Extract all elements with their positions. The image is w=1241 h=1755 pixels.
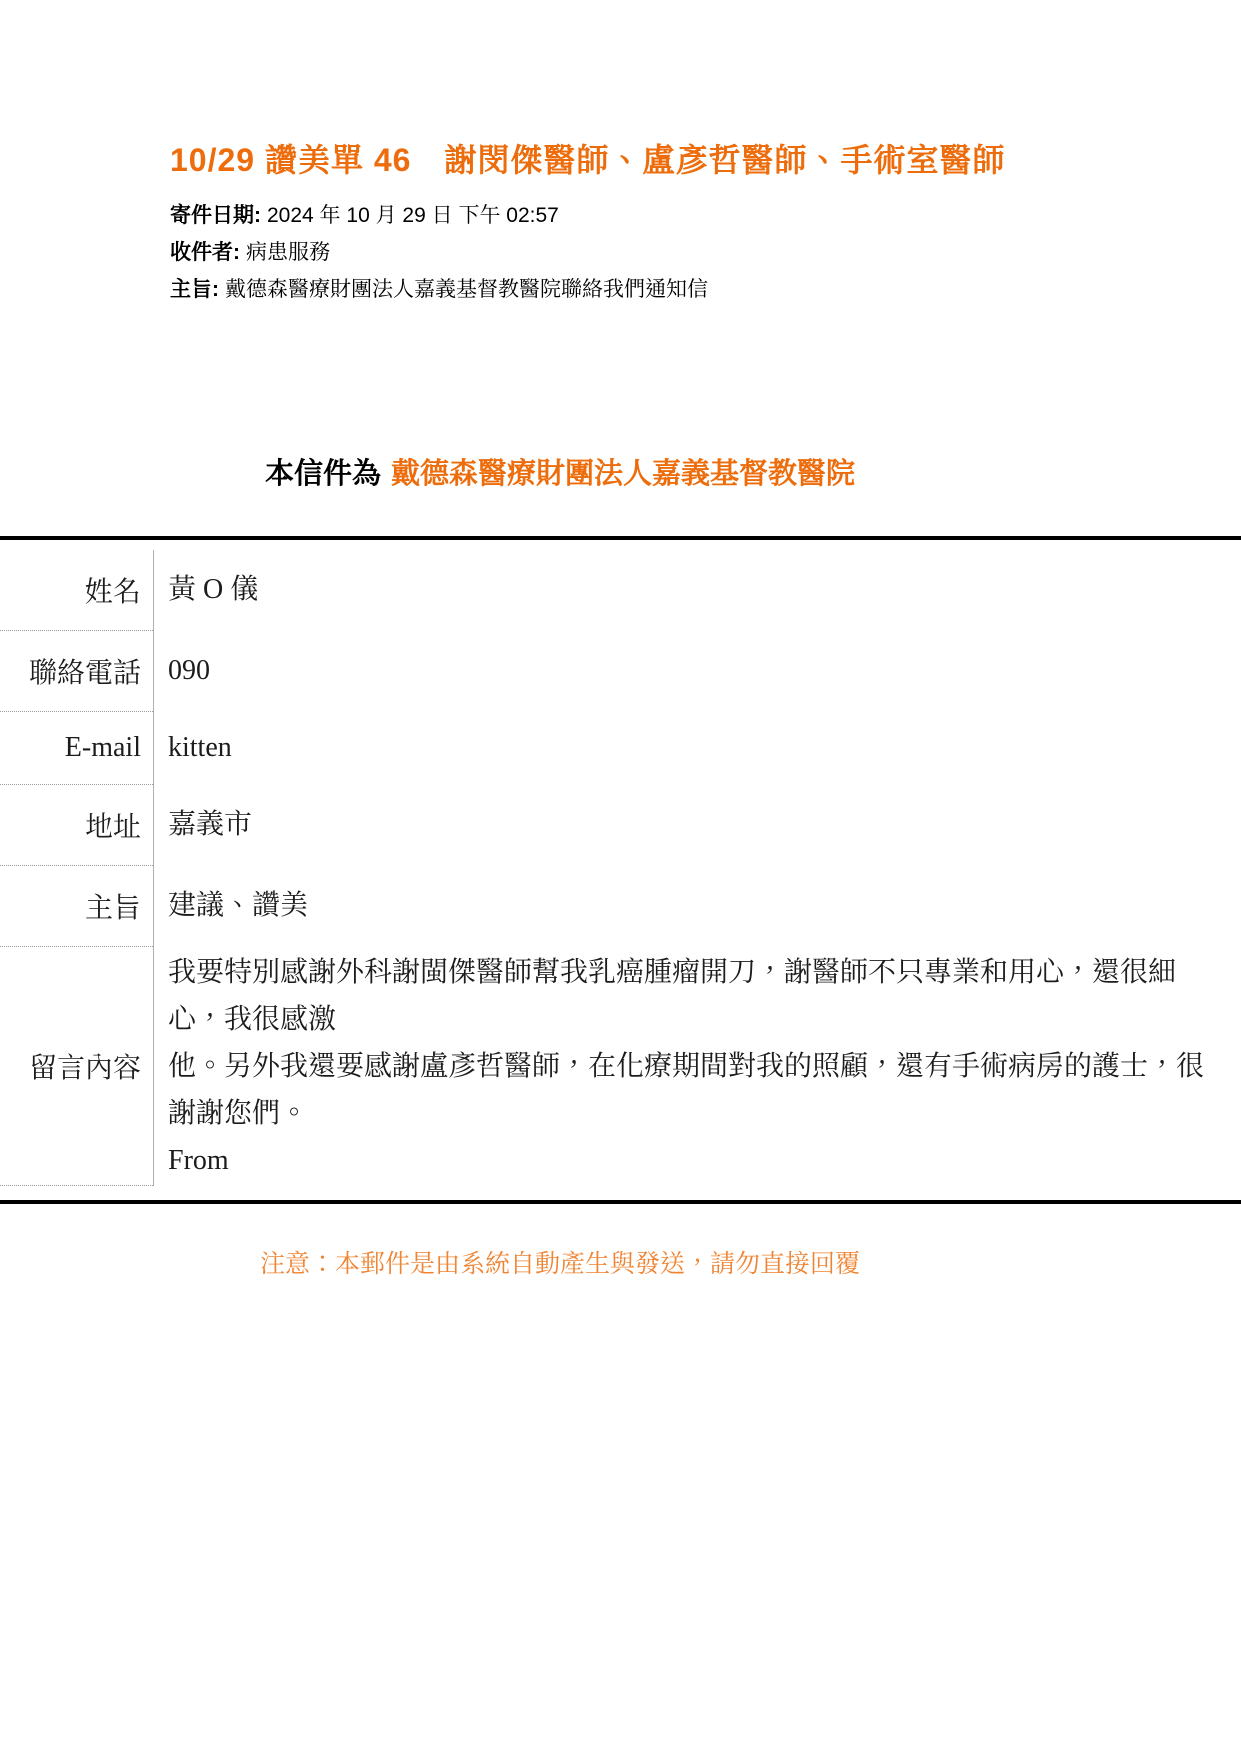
recipient-line: 收件者:病患服務 <box>170 234 1201 271</box>
field-value-message: 我要特別感謝外科謝閩傑醫師幫我乳癌腫瘤開刀，謝醫師不只專業和用心，還很細心，我很… <box>154 947 1241 1186</box>
table-row-message: 留言內容 我要特別感謝外科謝閩傑醫師幫我乳癌腫瘤開刀，謝醫師不只專業和用心，還很… <box>0 947 1241 1186</box>
banner-prefix: 本信件為 <box>265 458 381 490</box>
field-label-phone: 聯絡電話 <box>0 631 154 712</box>
sent-date-value: 2024 年 10 月 29 日 下午 02:57 <box>267 204 559 227</box>
field-label-topic: 主旨 <box>0 866 154 947</box>
table-row-address: 地址 嘉義市 <box>0 785 1241 866</box>
field-value-phone: 090 <box>154 631 1241 712</box>
email-header: 10/29 讚美單 46 謝閔傑醫師、盧彥哲醫師、手術室醫師 寄件日期:2024… <box>0 0 1241 308</box>
subject-line: 主旨:戴德森醫療財團法人嘉義基督教醫院聯絡我們通知信 <box>170 271 1201 308</box>
table-row-email: E-mail kitten <box>0 712 1241 785</box>
field-value-email: kitten <box>154 712 1241 785</box>
field-label-email: E-mail <box>0 712 154 785</box>
email-document: { "email": { "title": "10/29 讚美單 46 謝閔傑醫… <box>0 0 1241 1755</box>
hospital-banner: 本信件為戴德森醫療財團法人嘉義基督教醫院 <box>0 456 1120 492</box>
recipient-value: 病患服務 <box>246 240 330 264</box>
contact-form: 姓名 黃 O 儀 聯絡電話 090 E-mail kitten 地址 嘉義市 主… <box>0 536 1241 1204</box>
field-label-address: 地址 <box>0 785 154 866</box>
field-label-message: 留言內容 <box>0 947 154 1186</box>
field-value-topic: 建議、讚美 <box>154 866 1241 947</box>
table-row-topic: 主旨 建議、讚美 <box>0 866 1241 947</box>
subject-value: 戴德森醫療財團法人嘉義基督教醫院聯絡我們通知信 <box>225 277 708 301</box>
table-row-name: 姓名 黃 O 儀 <box>0 550 1241 631</box>
field-value-address: 嘉義市 <box>154 785 1241 866</box>
table-row-phone: 聯絡電話 090 <box>0 631 1241 712</box>
field-label-name: 姓名 <box>0 550 154 631</box>
banner-hospital-name: 戴德森醫療財團法人嘉義基督教醫院 <box>391 458 855 490</box>
auto-reply-notice: 注意：本郵件是由系統自動產生與發送，請勿直接回覆 <box>0 1248 1120 1280</box>
subject-label: 主旨: <box>170 278 219 301</box>
sent-date-label: 寄件日期: <box>170 204 261 227</box>
field-value-name: 黃 O 儀 <box>154 550 1241 631</box>
recipient-label: 收件者: <box>170 241 240 264</box>
sent-date-line: 寄件日期:2024 年 10 月 29 日 下午 02:57 <box>170 198 1201 234</box>
contact-form-table: 姓名 黃 O 儀 聯絡電話 090 E-mail kitten 地址 嘉義市 主… <box>0 550 1241 1186</box>
email-subject-title: 10/29 讚美單 46 謝閔傑醫師、盧彥哲醫師、手術室醫師 <box>170 140 1201 180</box>
